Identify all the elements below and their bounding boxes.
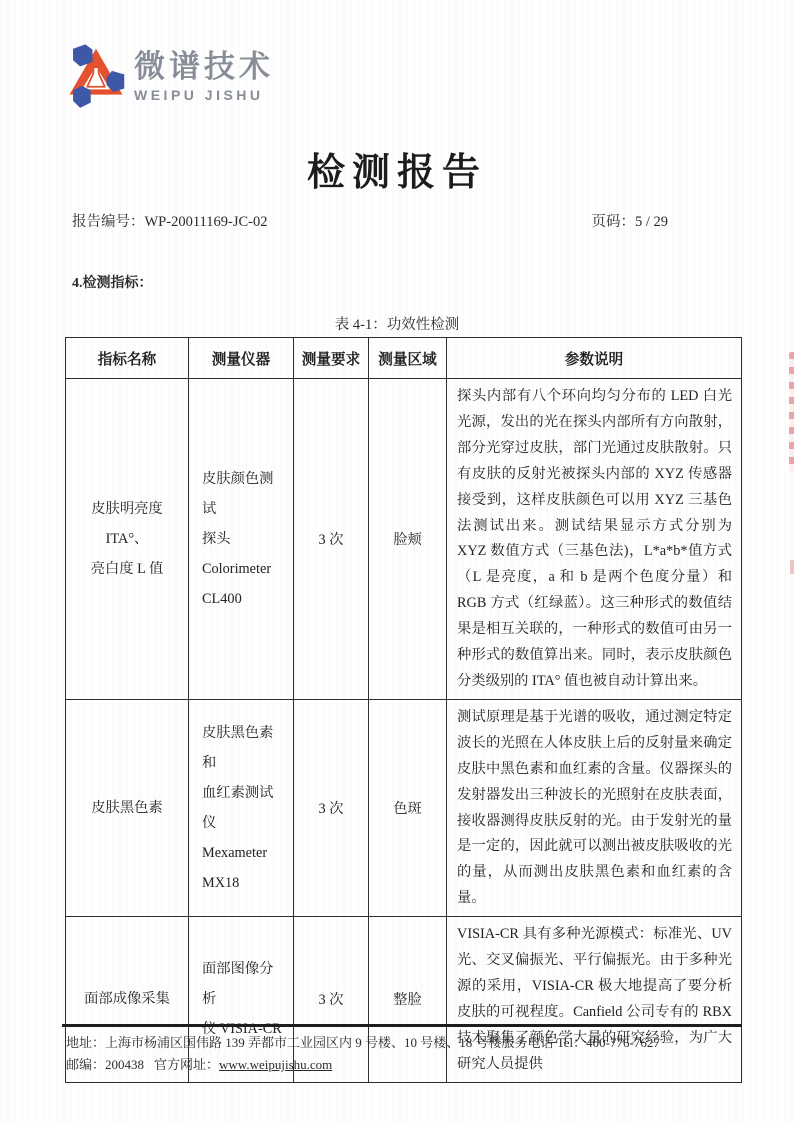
cell-area: 整脸 [369, 917, 447, 1082]
cell-indicator-name: 皮肤明亮度 ITA°、 亮白度 L 值 [66, 379, 189, 700]
brand-name-en: WEIPU JISHU [134, 87, 274, 103]
section-heading: 4.检测指标： [72, 272, 153, 292]
cell-instrument: 皮肤黑色素和 血红素测试仪 Mexameter MX18 [189, 699, 294, 916]
col-header-requirement: 测量要求 [294, 338, 369, 379]
cell-requirement: 3 次 [294, 379, 369, 700]
efficacy-test-table: 指标名称 测量仪器 测量要求 测量区域 参数说明 皮肤明亮度 ITA°、 亮白度… [65, 337, 742, 1083]
report-page: 微谱技术 WEIPU JISHU 检测报告 报告编号：WP-20011169-J… [0, 0, 794, 1123]
report-number-value: WP-20011169-JC-02 [145, 214, 268, 230]
col-header-description: 参数说明 [447, 338, 742, 379]
website-link: www.weipujishu.com [219, 1057, 332, 1072]
report-number: 报告编号：WP-20011169-JC-02 [72, 210, 267, 231]
cell-area: 脸颊 [369, 379, 447, 700]
cell-area: 色斑 [369, 699, 447, 916]
meta-row: 报告编号：WP-20011169-JC-02 页码：5 / 29 [72, 210, 740, 231]
cell-instrument: 皮肤颜色测试 探头 Colorimeter CL400 [189, 379, 294, 700]
brand-text: 微谱技术 WEIPU JISHU [134, 42, 274, 103]
col-header-area: 测量区域 [369, 338, 447, 379]
logo-mark-icon [66, 42, 126, 112]
cell-indicator-name: 皮肤黑色素 [66, 699, 189, 916]
cell-description: 探头内部有八个环向均匀分布的 LED 白光光源，发出的光在探头内部所有方向散射，… [447, 379, 742, 700]
footer-website-label: 官方网址： [154, 1057, 219, 1072]
footer-address: 地址：上海市杨浦区国伟路 139 弄都市工业园区内 9 号楼、10 号楼、18 … [66, 1033, 754, 1053]
report-title: 检测报告 [0, 141, 794, 196]
cell-description: VISIA-CR 具有多种光源模式：标准光、UV 光、交叉偏振光、平行偏振光。由… [447, 917, 742, 1082]
footer-divider [62, 1024, 742, 1027]
red-stamp-dot [790, 560, 794, 574]
company-logo: 微谱技术 WEIPU JISHU [66, 42, 274, 112]
page-number-value: 5 / 29 [635, 214, 668, 230]
red-stamp-fragment [789, 352, 794, 472]
col-header-instrument: 测量仪器 [189, 338, 294, 379]
page-number: 页码：5 / 29 [591, 210, 668, 231]
cell-requirement: 3 次 [294, 699, 369, 916]
table-row: 皮肤黑色素 皮肤黑色素和 血红素测试仪 Mexameter MX18 3 次 色… [66, 699, 742, 916]
table-row: 皮肤明亮度 ITA°、 亮白度 L 值 皮肤颜色测试 探头 Colorimete… [66, 379, 742, 700]
brand-name-cn: 微谱技术 [134, 50, 274, 84]
footer-postal-code: 邮编：200438 [66, 1057, 144, 1072]
page-number-label: 页码： [591, 214, 635, 230]
col-header-indicator-name: 指标名称 [66, 338, 189, 379]
cell-description: 测试原理是基于光谱的吸收，通过测定特定波长的光照在人体皮肤上后的反射量来确定皮肤… [447, 699, 742, 916]
report-number-label: 报告编号： [72, 214, 145, 230]
table-header-row: 指标名称 测量仪器 测量要求 测量区域 参数说明 [66, 338, 742, 379]
footer-contact: 邮编：200438官方网址：www.weipujishu.com [66, 1055, 332, 1075]
table-caption: 表 4-1：功效性检测 [0, 313, 794, 334]
